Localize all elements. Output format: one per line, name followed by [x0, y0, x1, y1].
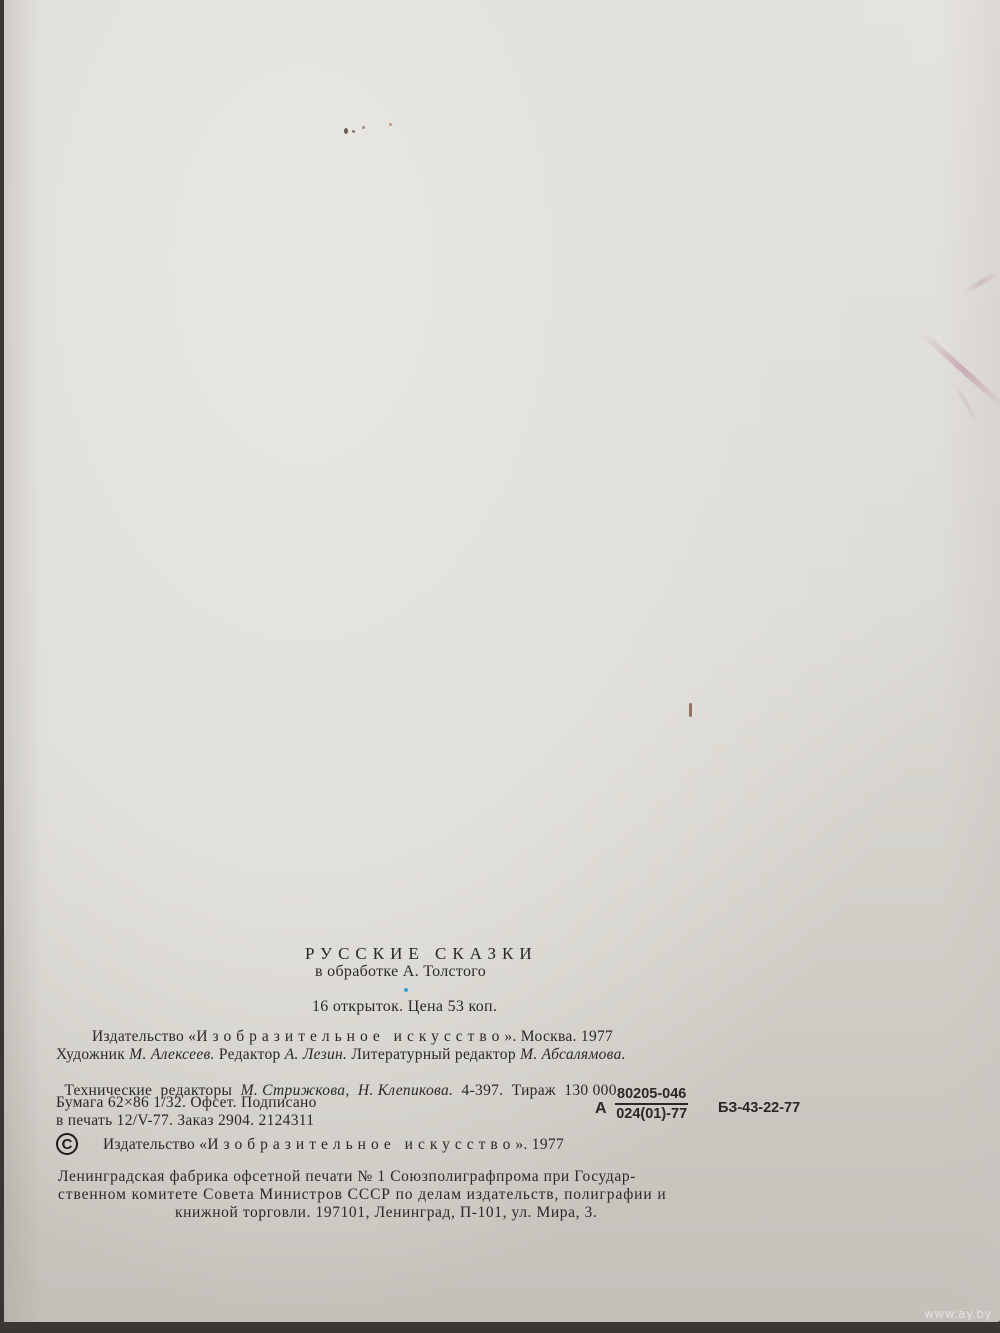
lit-editor-label: Литературный редактор — [347, 1046, 520, 1063]
publisher-name: Изобразительное искусство — [196, 1028, 504, 1045]
ink-dot — [404, 988, 408, 992]
credits-line: Художник М. Алексеев. Редактор А. Лезин.… — [56, 1046, 626, 1064]
printer-line-1: Ленинградская фабрика офсетной печати № … — [58, 1168, 636, 1186]
price-line: 16 открыток. Цена 53 коп. — [312, 998, 497, 1016]
editor-name: А. Лезин. — [285, 1046, 347, 1063]
copyright-prefix: Издательство « — [103, 1136, 207, 1153]
publisher-line: Издательство «Изобразительное искусство»… — [92, 1028, 613, 1046]
copyright-suffix: ». 1977 — [515, 1136, 564, 1153]
print-order-line: в печать 12/V-77. Заказ 2904. 2124311 — [56, 1112, 314, 1130]
paper-shadow-right — [940, 0, 1000, 1322]
publisher-suffix: ». Москва. 1977 — [504, 1028, 613, 1045]
stain-mark — [389, 123, 392, 126]
copyright-line: Издательство «Изобразительное искусство»… — [103, 1136, 564, 1154]
catalog-index-fraction: 80205-046 024(01)-77 — [615, 1086, 688, 1122]
stain-mark — [344, 128, 348, 134]
paper-shadow-left — [4, 0, 44, 1322]
artist-name: М. Алексеев. — [129, 1046, 214, 1063]
copyright-icon: C — [56, 1133, 78, 1155]
artist-label: Художник — [56, 1046, 129, 1063]
stain-mark — [352, 130, 355, 133]
index-numerator: 80205-046 — [615, 1086, 688, 1105]
book-title: РУССКИЕ СКАЗКИ — [305, 944, 538, 964]
copyright-publisher: Изобразительное искусство — [207, 1136, 515, 1153]
lit-editor-name: М. Абсалямова. — [520, 1046, 626, 1063]
site-watermark: www.ay.by — [924, 1307, 992, 1321]
editor-label: Редактор — [215, 1046, 285, 1063]
print-run: 4-397. Тираж 130 000. — [453, 1082, 621, 1099]
stain-mark — [362, 126, 365, 129]
catalog-code: БЗ-43-22-77 — [718, 1100, 800, 1116]
publisher-prefix: Издательство « — [92, 1028, 196, 1045]
paper-format-line: Бумага 62×86 1/32. Офсет. Подписано — [56, 1094, 317, 1112]
stain-mark — [689, 703, 692, 717]
index-letter: А — [595, 1100, 607, 1118]
index-denominator: 024(01)-77 — [616, 1105, 687, 1122]
printer-line-2: ственном комитете Совета Министров СССР … — [58, 1186, 667, 1204]
printer-line-3: книжной торговли. 197101, Ленинград, П-1… — [175, 1204, 597, 1222]
book-subtitle: в обработке А. Толстого — [315, 963, 486, 981]
